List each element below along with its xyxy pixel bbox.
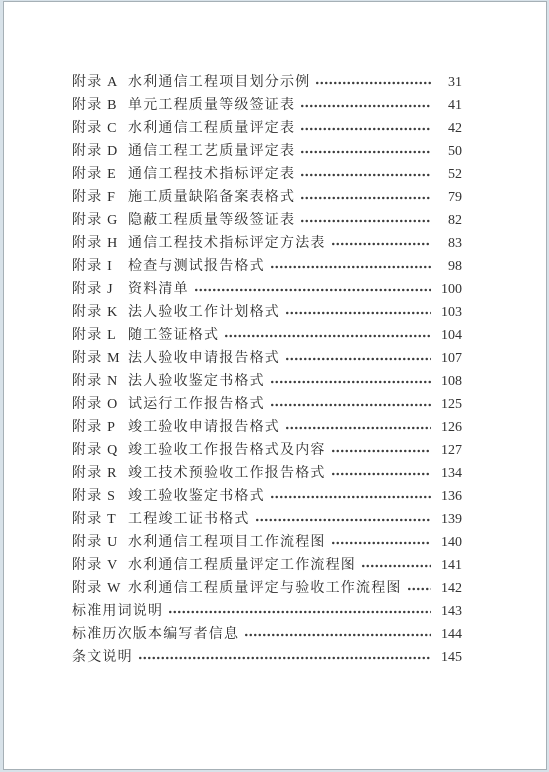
- appendix-label: 附录 S: [72, 485, 128, 508]
- entry-title: 单元工程质量等级签证表: [128, 94, 295, 117]
- toc-entry: 附录 B 单元工程质量等级签证表 41: [72, 94, 462, 117]
- toc-entry: 标准用词说明 143: [72, 600, 462, 623]
- dot-leader: [194, 278, 431, 301]
- appendix-label: 附录 B: [72, 94, 128, 117]
- appendix-label: 附录 A: [72, 71, 128, 94]
- toc-entry: 附录 M 法人验收申请报告格式 107: [72, 347, 462, 370]
- dot-leader: [244, 623, 431, 646]
- appendix-label: 附录 F: [72, 186, 128, 209]
- dot-leader: [224, 324, 431, 347]
- dot-leader: [270, 370, 431, 393]
- page-number: 142: [438, 577, 462, 600]
- entry-title: 通信工程技术指标评定表: [128, 163, 295, 186]
- entry-title: 施工质量缺陷备案表格式: [128, 186, 295, 209]
- entry-title: 标准用词说明: [72, 600, 163, 623]
- entry-title: 通信工程技术指标评定方法表: [128, 232, 326, 255]
- toc-entry: 附录 E 通信工程技术指标评定表 52: [72, 163, 462, 186]
- toc-entry: 附录 U 水利通信工程项目工作流程图 140: [72, 531, 462, 554]
- toc-entry: 附录 C 水利通信工程质量评定表 42: [72, 117, 462, 140]
- appendix-label: 附录 L: [72, 324, 128, 347]
- page-number: 107: [438, 347, 462, 370]
- page-number: 82: [438, 209, 462, 232]
- entry-title: 竣工验收鉴定书格式: [128, 485, 265, 508]
- toc-entry: 标准历次版本编写者信息 144: [72, 623, 462, 646]
- appendix-label: 附录 C: [72, 117, 128, 140]
- entry-title: 检查与测试报告格式: [128, 255, 265, 278]
- page-number: 100: [438, 278, 462, 301]
- toc-entry: 附录 T 工程竣工证书格式 139: [72, 508, 462, 531]
- appendix-label: 附录 K: [72, 301, 128, 324]
- dot-leader: [300, 163, 431, 186]
- page-number: 103: [438, 301, 462, 324]
- toc-entry: 附录 A 水利通信工程项目划分示例 31: [72, 71, 462, 94]
- entry-title: 条文说明: [72, 646, 133, 669]
- entry-title: 竣工验收申请报告格式: [128, 416, 280, 439]
- appendix-label: 附录 E: [72, 163, 128, 186]
- appendix-label: 附录 N: [72, 370, 128, 393]
- page-number: 79: [438, 186, 462, 209]
- page-number: 145: [438, 646, 462, 669]
- page-number: 42: [438, 117, 462, 140]
- entry-title: 法人验收鉴定书格式: [128, 370, 265, 393]
- toc-entry: 附录 D 通信工程工艺质量评定表 50: [72, 140, 462, 163]
- document-page: 附录 A 水利通信工程项目划分示例 31 附录 B 单元工程质量等级签证表 41…: [3, 1, 547, 770]
- appendix-label: 附录 Q: [72, 439, 128, 462]
- entry-title: 法人验收申请报告格式: [128, 347, 280, 370]
- dot-leader: [270, 255, 431, 278]
- dot-leader: [300, 117, 431, 140]
- dot-leader: [270, 485, 431, 508]
- dot-leader: [331, 531, 431, 554]
- toc-entry: 附录 F 施工质量缺陷备案表格式 79: [72, 186, 462, 209]
- appendix-label: 附录 D: [72, 140, 128, 163]
- dot-leader: [138, 646, 431, 669]
- entry-title: 资料清单: [128, 278, 189, 301]
- entry-title: 竣工验收工作报告格式及内容: [128, 439, 326, 462]
- appendix-label: 附录 H: [72, 232, 128, 255]
- dot-leader: [407, 577, 431, 600]
- dot-leader: [300, 140, 431, 163]
- page-number: 104: [438, 324, 462, 347]
- toc-entry: 附录 V 水利通信工程质量评定工作流程图 141: [72, 554, 462, 577]
- dot-leader: [285, 347, 431, 370]
- dot-leader: [270, 393, 431, 416]
- appendix-label: 附录 I: [72, 255, 128, 278]
- appendix-label: 附录 J: [72, 278, 128, 301]
- dot-leader: [331, 439, 431, 462]
- appendix-label: 附录 P: [72, 416, 128, 439]
- page-number: 143: [438, 600, 462, 623]
- appendix-label: 附录 U: [72, 531, 128, 554]
- toc-entry: 附录 R 竣工技术预验收工作报告格式 134: [72, 462, 462, 485]
- appendix-label: 附录 W: [72, 577, 128, 600]
- dot-leader: [331, 462, 431, 485]
- entry-title: 工程竣工证书格式: [128, 508, 250, 531]
- entry-title: 水利通信工程质量评定与验收工作流程图: [128, 577, 402, 600]
- page-number: 126: [438, 416, 462, 439]
- entry-title: 随工签证格式: [128, 324, 219, 347]
- toc-entry: 附录 G 隐蔽工程质量等级签证表 82: [72, 209, 462, 232]
- page-number: 108: [438, 370, 462, 393]
- appendix-label: 附录 T: [72, 508, 128, 531]
- toc-entry: 附录 H 通信工程技术指标评定方法表 83: [72, 232, 462, 255]
- dot-leader: [300, 186, 431, 209]
- dot-leader: [361, 554, 431, 577]
- toc-entry: 附录 O 试运行工作报告格式 125: [72, 393, 462, 416]
- page-number: 83: [438, 232, 462, 255]
- page-number: 41: [438, 94, 462, 117]
- appendix-label: 附录 R: [72, 462, 128, 485]
- page-number: 31: [438, 71, 462, 94]
- dot-leader: [331, 232, 431, 255]
- entry-title: 试运行工作报告格式: [128, 393, 265, 416]
- appendix-label: 附录 O: [72, 393, 128, 416]
- page-number: 127: [438, 439, 462, 462]
- toc-entry: 附录 Q 竣工验收工作报告格式及内容 127: [72, 439, 462, 462]
- dot-leader: [285, 416, 431, 439]
- dot-leader: [255, 508, 431, 531]
- appendix-label: 附录 G: [72, 209, 128, 232]
- toc-entry: 附录 I 检查与测试报告格式 98: [72, 255, 462, 278]
- entry-title: 水利通信工程项目划分示例: [128, 71, 310, 94]
- entry-title: 标准历次版本编写者信息: [72, 623, 239, 646]
- appendix-label: 附录 M: [72, 347, 128, 370]
- page-number: 50: [438, 140, 462, 163]
- entry-title: 法人验收工作计划格式: [128, 301, 280, 324]
- toc-entry: 附录 W 水利通信工程质量评定与验收工作流程图 142: [72, 577, 462, 600]
- dot-leader: [315, 71, 431, 94]
- page-number: 144: [438, 623, 462, 646]
- page-number: 141: [438, 554, 462, 577]
- page-number: 98: [438, 255, 462, 278]
- toc-entry: 条文说明 145: [72, 646, 462, 669]
- toc-entry: 附录 J 资料清单 100: [72, 278, 462, 301]
- entry-title: 隐蔽工程质量等级签证表: [128, 209, 295, 232]
- toc-list: 附录 A 水利通信工程项目划分示例 31 附录 B 单元工程质量等级签证表 41…: [4, 2, 546, 669]
- page-number: 136: [438, 485, 462, 508]
- page-number: 140: [438, 531, 462, 554]
- page-number: 52: [438, 163, 462, 186]
- toc-entry: 附录 K 法人验收工作计划格式 103: [72, 301, 462, 324]
- toc-entry: 附录 N 法人验收鉴定书格式 108: [72, 370, 462, 393]
- entry-title: 水利通信工程质量评定表: [128, 117, 295, 140]
- appendix-label: 附录 V: [72, 554, 128, 577]
- entry-title: 竣工技术预验收工作报告格式: [128, 462, 326, 485]
- toc-entry: 附录 S 竣工验收鉴定书格式 136: [72, 485, 462, 508]
- toc-entry: 附录 P 竣工验收申请报告格式 126: [72, 416, 462, 439]
- dot-leader: [168, 600, 431, 623]
- dot-leader: [300, 209, 431, 232]
- page-number: 125: [438, 393, 462, 416]
- page-number: 139: [438, 508, 462, 531]
- entry-title: 水利通信工程项目工作流程图: [128, 531, 326, 554]
- entry-title: 通信工程工艺质量评定表: [128, 140, 295, 163]
- page-number: 134: [438, 462, 462, 485]
- dot-leader: [300, 94, 431, 117]
- entry-title: 水利通信工程质量评定工作流程图: [128, 554, 356, 577]
- toc-entry: 附录 L 随工签证格式 104: [72, 324, 462, 347]
- dot-leader: [285, 301, 431, 324]
